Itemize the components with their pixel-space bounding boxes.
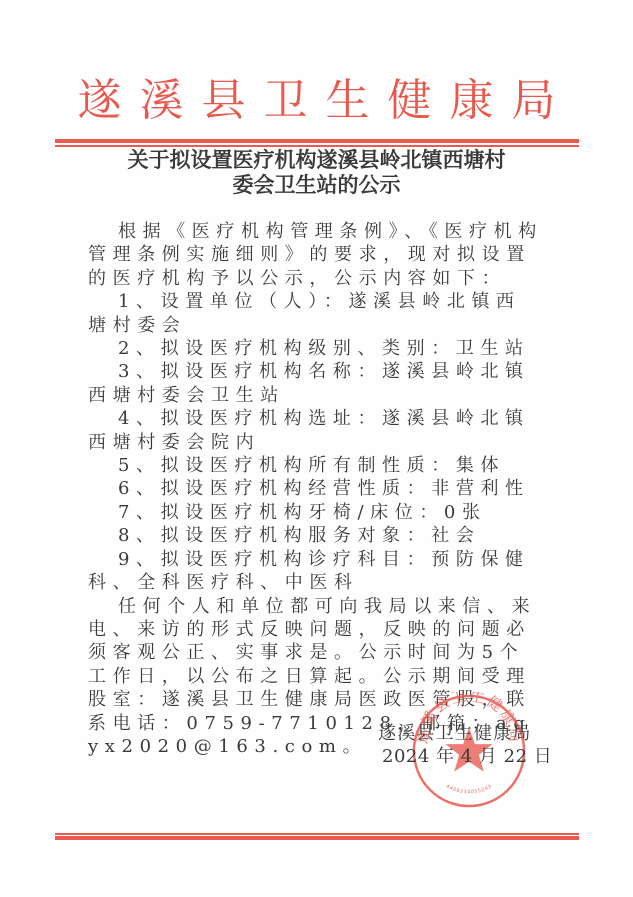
list-item: 5、拟设医疗机构所有制性质：集体 bbox=[88, 454, 544, 477]
header-rule-thick bbox=[55, 139, 579, 143]
footer-rule-thin bbox=[55, 833, 579, 835]
list-item: 6、拟设医疗机构经营性质：非营利性 bbox=[88, 477, 544, 500]
footer-rule-thick bbox=[55, 836, 579, 840]
document-body: 根据《医疗机构管理条例》、《医疗机构管理条例实施细则》的要求，现对拟设置的医疗机… bbox=[88, 220, 544, 758]
header-rule-thin bbox=[55, 145, 579, 147]
signature-org: 遂溪县卫生健康局 bbox=[378, 722, 538, 745]
list-item: 4、拟设医疗机构选址：遂溪县岭北镇西塘村委会院内 bbox=[88, 407, 544, 454]
signature-date: 2024 年 4 月 22 日 bbox=[378, 745, 538, 768]
document-title-line-2: 委会卫生站的公示 bbox=[0, 173, 633, 198]
document-page: 遂溪县卫生健康局 关于拟设置医疗机构遂溪县岭北镇西塘村 委会卫生站的公示 根据《… bbox=[0, 0, 633, 897]
list-item: 8、拟设医疗机构服务对象：社会 bbox=[88, 524, 544, 547]
list-item: 7、拟设医疗机构牙椅/床位：0张 bbox=[88, 501, 544, 524]
list-item: 3、拟设医疗机构名称：遂溪县岭北镇西塘村委会卫生站 bbox=[88, 360, 544, 407]
list-item: 9、拟设医疗机构诊疗科目：预防保健科、全科医疗科、中医科 bbox=[88, 548, 544, 595]
document-title: 关于拟设置医疗机构遂溪县岭北镇西塘村 委会卫生站的公示 bbox=[0, 148, 633, 198]
signature-block: 遂溪县卫生健康局 2024 年 4 月 22 日 bbox=[378, 722, 538, 768]
document-title-line-1: 关于拟设置医疗机构遂溪县岭北镇西塘村 bbox=[0, 148, 633, 173]
svg-text:4408234055243: 4408234055243 bbox=[445, 784, 493, 796]
list-item: 1、设置单位（人）：遂溪县岭北镇西塘村委会 bbox=[88, 290, 544, 337]
intro-paragraph: 根据《医疗机构管理条例》、《医疗机构管理条例实施细则》的要求，现对拟设置的医疗机… bbox=[88, 220, 544, 290]
list-item: 2、拟设医疗机构级别、类别：卫生站 bbox=[88, 337, 544, 360]
masthead-title: 遂溪县卫生健康局 bbox=[0, 74, 633, 128]
